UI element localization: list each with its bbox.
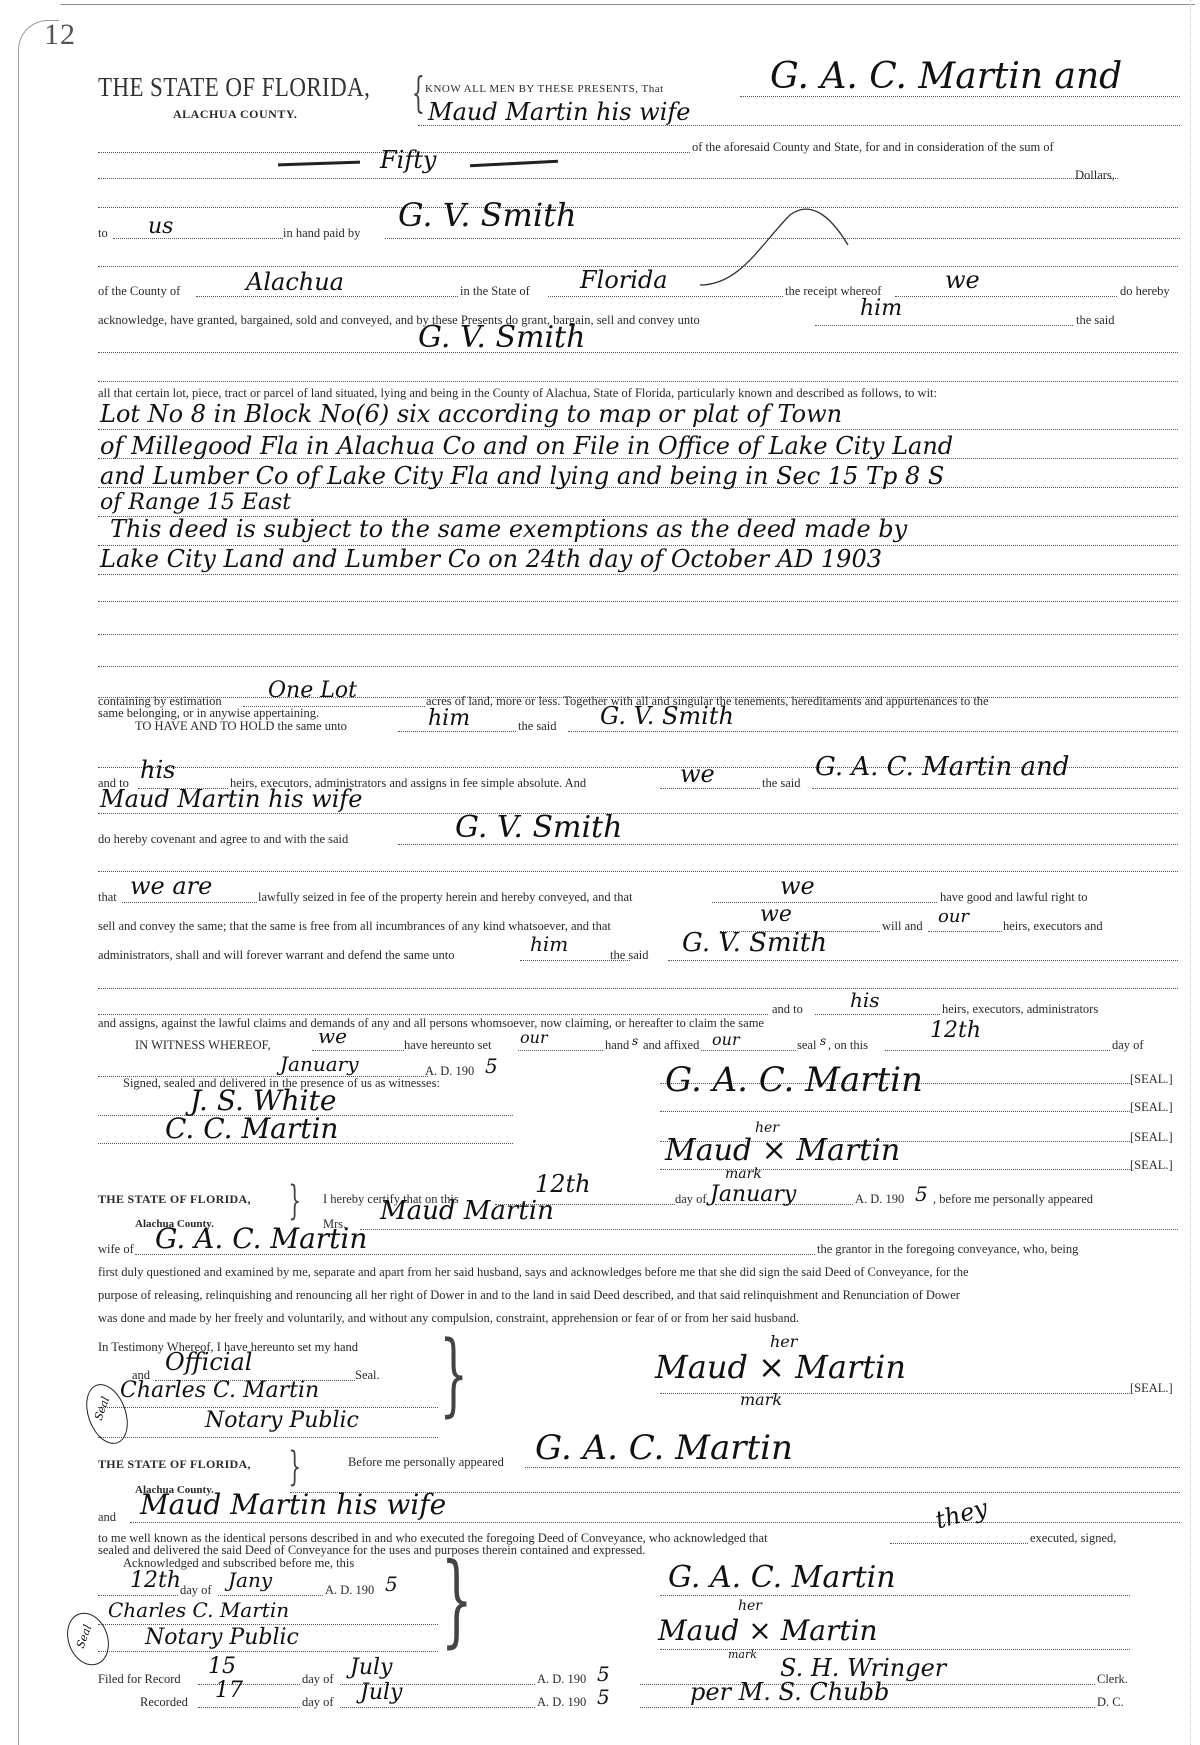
dash-stroke <box>470 160 558 168</box>
aforesaid-text: of the aforesaid County and State, for a… <box>692 140 1054 154</box>
grantor-handwriting: G. A. C. Martin and <box>770 56 1122 97</box>
wife-of-handwriting: G. A. C. Martin <box>155 1222 367 1255</box>
filed-text: Filed for Record <box>98 1672 181 1686</box>
her-handwriting: her <box>738 1598 762 1614</box>
dc-text: D. C. <box>1097 1695 1124 1709</box>
seal-text: seal <box>797 1038 816 1052</box>
dotted-line <box>98 381 1178 382</box>
dotted-line <box>98 207 1178 208</box>
before-me-text: , before me personally appeared <box>933 1192 1093 1206</box>
covenant-text: do hereby covenant and agree to and with… <box>98 832 348 846</box>
of-county-text: of the County of <box>98 284 180 298</box>
year-handwriting: 5 <box>485 1054 498 1078</box>
that-line <box>122 902 257 903</box>
hand-plural-handwriting: s <box>632 1034 638 1048</box>
ack-signature-line-1 <box>660 1595 1130 1596</box>
sell-text: sell and convey the same; that the same … <box>98 919 611 933</box>
and-line <box>660 788 760 789</box>
grantee-line <box>98 352 1178 353</box>
mark-handwriting: mark <box>725 1166 762 1182</box>
seal-label: [SEAL.] <box>1130 1072 1173 1086</box>
recorded-text: Recorded <box>140 1695 188 1709</box>
grantor-handwriting-2: Maud Martin his wife <box>428 98 690 126</box>
day-of-text: day of <box>675 1192 707 1206</box>
description-line-5: This deed is subject to the same exempti… <box>110 515 907 543</box>
they-handwriting: they <box>932 1494 990 1535</box>
executed-text: executed, signed, <box>1030 1531 1116 1545</box>
mrs-handwriting: Maud Martin <box>380 1196 554 1226</box>
the-said-handwriting: G. V. Smith <box>600 702 734 730</box>
dower-body-1: first duly questioned and examined by me… <box>98 1265 969 1279</box>
grantor-line-2 <box>98 813 1178 814</box>
dower-state-heading: THE STATE OF FLORIDA, <box>98 1192 251 1207</box>
ad-text: A. D. 190 <box>855 1192 904 1206</box>
deed-page: 12 THE STATE OF FLORIDA, ALACHUA COUNTY.… <box>0 0 1200 1745</box>
unto-handwriting: him <box>860 296 902 321</box>
dash-stroke <box>278 161 360 167</box>
receipt-line <box>895 296 1117 297</box>
recorded-year-handwriting: 5 <box>597 1685 610 1709</box>
dotted-line <box>98 988 1178 989</box>
ad-text: A. D. 190 <box>325 1583 374 1597</box>
ad-text: A. D. 190 <box>537 1672 586 1686</box>
seal-label: [SEAL.] <box>1130 1130 1173 1144</box>
mrs-line <box>360 1229 1178 1230</box>
assigns-text: and assigns, against the lawful claims a… <box>98 1016 764 1030</box>
notary-signature: Charles C. Martin <box>108 1598 289 1622</box>
the-said-text: the said <box>762 776 801 790</box>
description-line-6: Lake City Land and Lumber Co on 24th day… <box>100 545 882 573</box>
ack-year-handwriting: 5 <box>385 1572 398 1596</box>
to-have-line <box>398 731 516 732</box>
lawfully-handwriting: we <box>780 872 815 900</box>
and-to-text: and to <box>772 1002 803 1016</box>
recorded-day-handwriting: 17 <box>215 1678 243 1703</box>
do-hereby-text: do hereby <box>1120 284 1170 298</box>
have-set-text: have hereunto set <box>404 1038 491 1052</box>
day-of-text: day of <box>302 1672 334 1686</box>
before-me-handwriting: G. A. C. Martin <box>535 1428 793 1468</box>
in-state-text: in the State of <box>460 284 530 298</box>
description-line-3: and Lumber Co of Lake City Fla and lying… <box>100 462 944 490</box>
sell-handwriting: we <box>760 902 792 927</box>
grantor-line <box>812 788 1178 789</box>
that-text: that <box>98 890 117 904</box>
year-handwriting: 5 <box>915 1182 928 1206</box>
dower-signature-line <box>660 1393 1130 1394</box>
to-have-handwriting: him <box>428 706 470 731</box>
containing-handwriting: One Lot <box>268 678 357 703</box>
to-line <box>113 238 283 239</box>
page-number: 12 <box>44 18 76 52</box>
grantee-handwriting: G. V. Smith <box>418 320 585 355</box>
day-handwriting: 12th <box>930 1018 981 1043</box>
dotted-line <box>98 1014 768 1015</box>
and-line <box>130 1522 1180 1523</box>
sum-line <box>98 178 1118 179</box>
state-heading: THE STATE OF FLORIDA, <box>98 72 370 103</box>
paid-by-handwriting: G. V. Smith <box>398 196 577 234</box>
brace-icon: } <box>439 1330 468 1420</box>
notary-title-line <box>98 1651 438 1652</box>
signature-line-2 <box>660 1111 1130 1112</box>
in-witness-handwriting: we <box>318 1024 347 1048</box>
filed-day-line <box>198 1684 300 1685</box>
lawfully-line <box>712 902 937 903</box>
dc-line <box>640 1707 1095 1708</box>
description-line <box>98 666 1178 667</box>
on-this-text: , on this <box>828 1038 868 1052</box>
ack-state-heading: THE STATE OF FLORIDA, <box>98 1457 251 1472</box>
recorded-day-line <box>198 1707 300 1708</box>
county-line <box>196 296 458 297</box>
to-handwriting: us <box>148 214 173 239</box>
ack-signature-maud: Maud × Martin <box>658 1614 878 1647</box>
receipt-handwriting: we <box>945 266 980 294</box>
and-text: and <box>98 1510 116 1524</box>
in-witness-line <box>312 1050 404 1051</box>
state-handwriting: Florida <box>580 266 668 294</box>
filed-day-handwriting: 15 <box>208 1654 236 1679</box>
description-line <box>98 429 1178 430</box>
month-handwriting: January <box>280 1052 359 1076</box>
they-line <box>890 1543 1028 1544</box>
and-to-line <box>815 1014 940 1015</box>
ack-month-handwriting: Jany <box>228 1568 272 1592</box>
dc-signature: per M. S. Chubb <box>690 1678 889 1706</box>
that-handwriting: we are <box>130 872 212 900</box>
dollars-text: Dollars, <box>1075 168 1115 182</box>
set-line <box>518 1050 603 1051</box>
ack-signature-gac: G. A. C. Martin <box>668 1560 896 1595</box>
and-to-handwriting: his <box>140 756 175 784</box>
seal-text: Seal. <box>355 1368 380 1382</box>
recorded-month-handwriting: July <box>360 1680 402 1705</box>
the-said-text: the said <box>610 948 649 962</box>
day-of-text: day of <box>1112 1038 1144 1052</box>
dower-body-2: purpose of releasing, relinquishing and … <box>98 1288 960 1302</box>
brace-icon: { <box>412 68 425 117</box>
dower-signature-maud: Maud × Martin <box>655 1348 906 1386</box>
admins-handwriting: him <box>530 932 568 956</box>
day-line <box>885 1050 1110 1051</box>
description-line-2: of Millegood Fla in Alachua Co and on Fi… <box>100 432 953 460</box>
filed-month-handwriting: July <box>350 1655 392 1680</box>
notary-title-line <box>98 1437 438 1438</box>
dotted-line <box>98 871 1178 872</box>
day-line <box>98 1595 178 1596</box>
and-handwriting: we <box>680 760 715 788</box>
wife-of-text: wife of <box>98 1242 134 1256</box>
the-said-handwriting: G. V. Smith <box>682 928 827 958</box>
in-witness-text: IN WITNESS WHEREOF, <box>135 1038 271 1052</box>
day-of-text: day of <box>180 1583 212 1597</box>
county-handwriting: Alachua <box>246 268 344 296</box>
state-line <box>548 296 783 297</box>
affixed-handwriting: our <box>712 1030 740 1049</box>
grantor-text: the grantor in the foregoing conveyance,… <box>817 1242 1078 1256</box>
month-handwriting: January <box>710 1182 796 1207</box>
notary-title-handwriting: Notary Public <box>205 1408 359 1433</box>
mark-handwriting: mark <box>728 1648 757 1661</box>
brace-icon: } <box>441 1550 473 1650</box>
month-line <box>218 1595 323 1596</box>
mark-handwriting: mark <box>740 1390 782 1409</box>
will-and-text: will and <box>882 919 923 933</box>
and-to-handwriting: his <box>850 988 880 1012</box>
notary-title-handwriting: Notary Public <box>145 1625 299 1650</box>
county-heading: ALACHUA COUNTY. <box>173 107 297 122</box>
affixed-text: and affixed <box>643 1038 699 1052</box>
covenant-handwriting: G. V. Smith <box>455 810 622 845</box>
the-said-line <box>668 960 1178 961</box>
set-handwriting: our <box>520 1028 548 1047</box>
signature-maud-martin: Maud × Martin <box>665 1133 900 1168</box>
flourish-icon <box>700 205 850 295</box>
hand-text: hand <box>605 1038 629 1052</box>
paid-by-text: in hand paid by <box>283 226 360 240</box>
heirs-exec-text: heirs, executors and <box>1003 919 1103 933</box>
description-line <box>98 634 1178 635</box>
seal-label: [SEAL.] <box>1130 1100 1173 1114</box>
admins-text: administrators, shall and will forever w… <box>98 948 454 962</box>
signature-gac-martin: G. A. C. Martin <box>665 1060 923 1100</box>
acknowledge-text: acknowledge, have granted, bargained, so… <box>98 313 700 327</box>
grantor-handwriting-2: Maud Martin his wife <box>100 785 362 813</box>
preamble-text: KNOW ALL MEN BY THESE PRESENTS, That <box>425 82 664 96</box>
recorded-month-line <box>340 1707 535 1708</box>
notary-signature: Charles C. Martin <box>120 1378 319 1403</box>
heirs-admins-text: heirs, executors, administrators <box>942 1002 1098 1016</box>
brace-icon: } <box>288 1444 301 1490</box>
seal-plural-handwriting: s <box>820 1034 826 1048</box>
all-that-text: all that certain lot, piece, tract or pa… <box>98 386 937 400</box>
description-line <box>98 601 1178 602</box>
description-line-4: of Range 15 East <box>100 490 291 515</box>
ack-day-handwriting: 12th <box>130 1568 181 1593</box>
page-border-left <box>18 20 59 1745</box>
to-have-text: TO HAVE AND TO HOLD the same unto <box>135 719 347 733</box>
ack-body-2: sealed and delivered the said Deed of Co… <box>98 1543 645 1557</box>
unto-line <box>815 325 1073 326</box>
the-said-text: the said <box>1076 313 1115 327</box>
to-text: to <box>98 226 108 240</box>
page-border-right <box>1190 0 1191 1745</box>
the-said-line <box>568 731 1178 732</box>
witness-signature-2: C. C. Martin <box>165 1112 338 1145</box>
seal-label: [SEAL.] <box>1130 1158 1173 1172</box>
before-me-text: Before me personally appeared <box>348 1455 504 1469</box>
same-belonging-text: same belonging, or in anywise appertaini… <box>98 706 319 720</box>
grantor-handwriting: G. A. C. Martin and <box>815 752 1069 782</box>
day-of-text: day of <box>302 1695 334 1709</box>
affixed-line <box>701 1050 796 1051</box>
will-line <box>928 931 1002 932</box>
description-line <box>98 574 1178 575</box>
good-right-text: have good and lawful right to <box>940 890 1088 904</box>
clerk-text: Clerk. <box>1097 1672 1128 1686</box>
brace-icon: } <box>288 1178 301 1224</box>
lawfully-text: lawfully seized in fee of the property h… <box>258 890 633 904</box>
and-handwriting: Maud Martin his wife <box>140 1488 446 1521</box>
filed-year-handwriting: 5 <box>597 1662 610 1686</box>
the-said-text: the said <box>518 719 557 733</box>
ad-text: A. D. 190 <box>537 1695 586 1709</box>
certify-day-handwriting: 12th <box>535 1170 591 1198</box>
official-handwriting: Official <box>165 1348 252 1376</box>
will-handwriting: our <box>938 906 969 927</box>
seal-label: [SEAL.] <box>1130 1381 1173 1395</box>
page-border-top <box>60 4 1195 5</box>
sum-handwriting: Fifty <box>380 146 436 174</box>
description-line-1: Lot No 8 in Block No(6) six according to… <box>100 400 842 428</box>
